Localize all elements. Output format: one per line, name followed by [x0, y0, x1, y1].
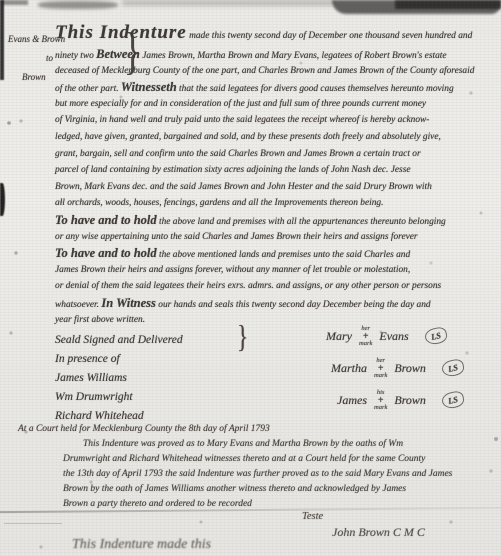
- signer-given-name: James: [337, 393, 367, 408]
- presence-line: In presence of: [55, 350, 183, 369]
- deed-line-segment: ninety two: [55, 51, 96, 61]
- deed-line-segment: deceased of Mecklenburg County of the on…: [55, 66, 474, 76]
- deed-line-segment: that the said legatees for divers good c…: [177, 84, 454, 94]
- mark-note-bottom: mark: [359, 341, 372, 347]
- deed-line-segment: This Indenture: [55, 22, 187, 43]
- witness-name: Wm Drumwright: [55, 388, 183, 407]
- deed-line-segment: or any wise appertaining unto the said C…: [55, 232, 418, 242]
- deed-line: or denial of them the said legatees thei…: [55, 278, 495, 295]
- deed-line-segment: Brown, Mark Evans dec. and the said Jame…: [55, 182, 432, 192]
- deed-body: This Indenture made this twenty second d…: [55, 25, 495, 328]
- clerk-signature: John Brown C M C: [332, 525, 425, 540]
- scan-edge-bar: [0, 0, 4, 80]
- deed-line: or any wise appertaining unto the said C…: [55, 229, 495, 246]
- deed-line-segment: whatsoever.: [55, 300, 101, 310]
- scan-smudge: [38, 1, 118, 9]
- deed-line-segment: Witnesseth: [121, 80, 177, 94]
- deed-line: This Indenture made this twenty second d…: [55, 25, 495, 46]
- deed-line: parcel of land containing by estimation …: [55, 162, 495, 179]
- deed-line: To have and to hold the above land and p…: [55, 212, 495, 229]
- signature-row: Mary her + mark Evans LS: [326, 324, 464, 348]
- court-certification: At a Court held for Mecklenburg County t…: [18, 422, 452, 512]
- signature-block: Mary her + mark Evans LS Martha her + ma…: [326, 324, 464, 420]
- deed-line: ninety two Between James Brown, Martha B…: [55, 46, 495, 63]
- deed-line: Brown, Mark Evans dec. and the said Jame…: [55, 179, 495, 196]
- court-line: Brown by the oath of James Williams anot…: [63, 482, 452, 497]
- signer-surname: Brown: [394, 393, 426, 408]
- deed-line-segment: In Witness: [101, 296, 156, 310]
- mark-note-bottom: mark: [374, 373, 387, 379]
- attestation-brace: }: [237, 327, 249, 346]
- deed-line-segment: ledged, have given, granted, bargained a…: [55, 132, 441, 142]
- court-line: Brown a party thereto and ordered to be …: [63, 497, 452, 512]
- signer-surname: Brown: [394, 361, 426, 376]
- deed-line: of the other part. Witnesseth that the s…: [55, 79, 495, 96]
- signature-row: Martha her + mark Brown LS: [331, 356, 464, 380]
- next-deed-fragment: This Indenture made this: [72, 537, 211, 553]
- signature-mark: her + mark: [374, 358, 387, 379]
- signer-surname: Evans: [379, 329, 408, 344]
- teste-label: Teste: [302, 511, 323, 522]
- witness-name: James Williams: [55, 369, 183, 388]
- page-crease-line: [4, 523, 62, 524]
- court-line: Drumwright and Richard Whitehead witness…: [63, 452, 452, 467]
- scan-smudge: [332, 0, 501, 14]
- deed-line-segment: or denial of them the said legatees thei…: [55, 281, 441, 291]
- deed-line-segment: year first above written.: [55, 315, 145, 325]
- scan-edge-bar: [0, 183, 5, 216]
- deed-line-segment: To have and to hold: [55, 246, 157, 260]
- court-line: This Indenture was proved as to Mary Eva…: [83, 437, 452, 452]
- deed-book-page: Evans & Brown to Brown } This Indenture …: [0, 0, 501, 556]
- deed-line-segment: James Brown their heirs and assigns fore…: [55, 265, 410, 275]
- mark-note-bottom: mark: [374, 405, 387, 411]
- deed-line-segment: James Brown, Martha Brown and Mary Evans…: [140, 51, 447, 61]
- deed-line-segment: our hands and seals this twenty second d…: [156, 300, 431, 310]
- signature-mark: her + mark: [359, 326, 372, 347]
- seal-ls-icon: LS: [440, 390, 465, 410]
- deed-line: of Virginia, in hand well and truly paid…: [55, 112, 495, 129]
- deed-line-segment: of the other part.: [55, 84, 121, 94]
- attestation-block: Seald Signed and Delivered } In presence…: [55, 331, 183, 426]
- deed-line: ledged, have given, granted, bargained a…: [55, 129, 495, 146]
- deed-line-segment: all orchards, woods, houses, fencings, g…: [55, 198, 383, 208]
- court-line: At a Court held for Mecklenburg County t…: [18, 422, 452, 437]
- deed-line-segment: To have and to hold: [55, 213, 157, 227]
- signature-mark: his + mark: [374, 390, 387, 411]
- deed-line: all orchards, woods, houses, fencings, g…: [55, 195, 495, 212]
- deed-line: deceased of Mecklenburg County of the on…: [55, 63, 495, 80]
- scan-smudge: [2, 0, 28, 5]
- signature-row: James his + mark Brown LS: [337, 388, 464, 412]
- court-line: the 13th day of April 1793 the said Inde…: [63, 467, 452, 482]
- seal-ls-icon: LS: [423, 326, 448, 346]
- signer-given-name: Mary: [326, 329, 352, 344]
- scan-smudge: [122, 0, 334, 6]
- deed-line: grant, bargain, sell and confirm unto th…: [55, 146, 495, 163]
- sealed-signed-line: Seald Signed and Delivered: [55, 331, 183, 350]
- deed-line-segment: made this twenty second day of December …: [187, 31, 473, 41]
- deed-line-segment: parcel of land containing by estimation …: [55, 165, 411, 175]
- deed-line: but more especially for and in considera…: [55, 96, 495, 113]
- deed-line-segment: the above mentioned lands and premises u…: [157, 250, 411, 260]
- scan-smudge: [395, 0, 501, 9]
- deed-line-segment: grant, bargain, sell and confirm unto th…: [55, 149, 421, 159]
- scan-speckles: [0, 0, 2, 2]
- deed-line: To have and to hold the above mentioned …: [55, 245, 495, 262]
- deed-line: James Brown their heirs and assigns fore…: [55, 262, 495, 279]
- deed-line-segment: Between: [96, 47, 140, 61]
- deed-line-segment: but more especially for and in considera…: [55, 99, 426, 109]
- deed-line-segment: the above land and premises with all the…: [157, 217, 446, 227]
- deed-line: whatsoever. In Witness our hands and sea…: [55, 295, 495, 312]
- seal-ls-icon: LS: [440, 358, 465, 378]
- signer-given-name: Martha: [331, 361, 367, 376]
- deed-line-segment: of Virginia, in hand well and truly paid…: [55, 115, 429, 125]
